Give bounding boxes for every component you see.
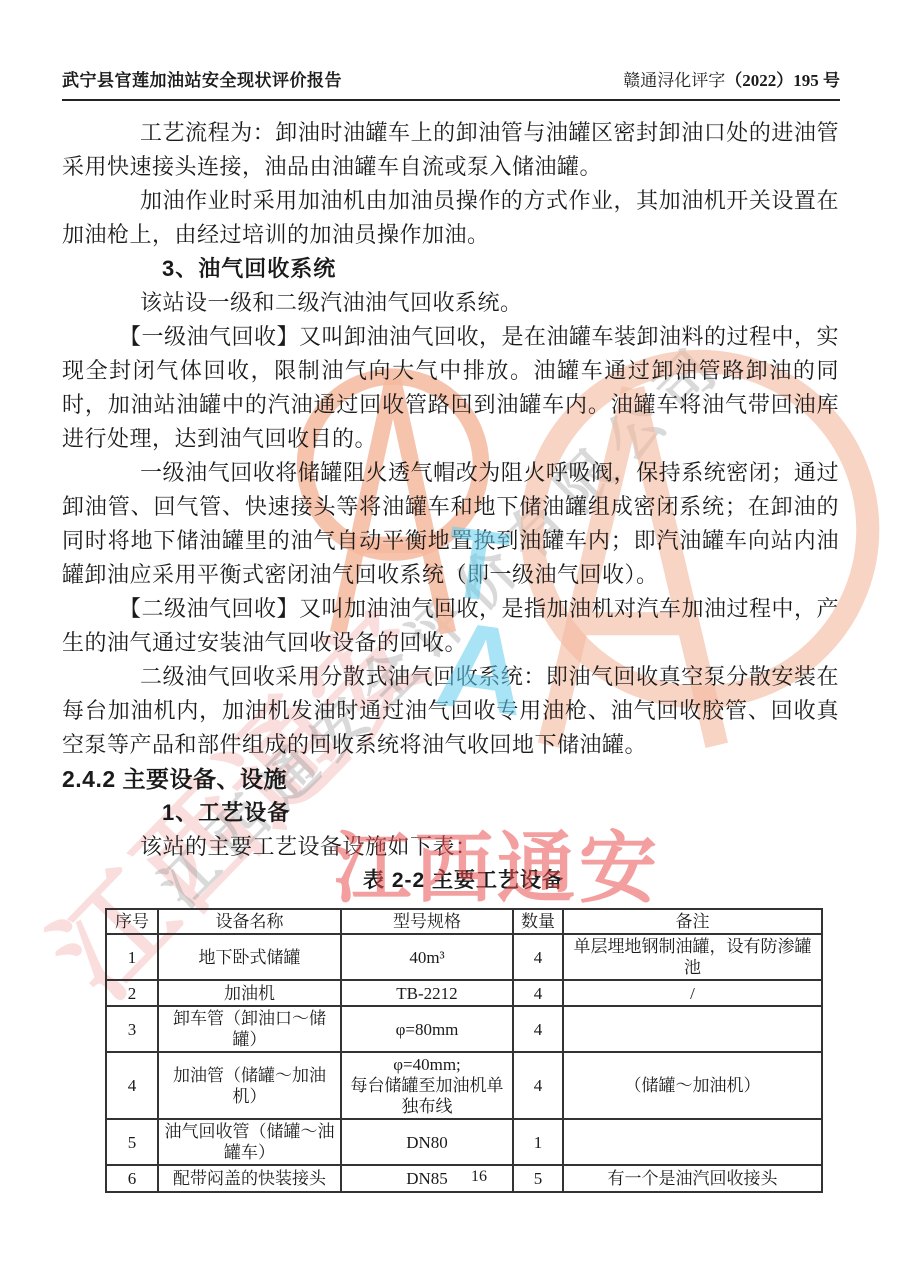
- col-header-index: 序号: [106, 909, 158, 934]
- cell-remarks: 单层埋地钢制油罐，设有防渗罐池: [563, 934, 822, 980]
- cell-remarks: [563, 1119, 822, 1165]
- cell-quantity: 4: [513, 980, 563, 1006]
- cell-equipment-name: 油气回收管（储罐～油罐车）: [158, 1119, 341, 1165]
- document-body: 工艺流程为：卸油时油罐车上的卸油管与油罐区密封卸油口处的进油管采用快速接头连接，…: [62, 116, 839, 898]
- report-title: 武宁县官莲加油站安全现状评价报告: [62, 70, 342, 92]
- cell-equipment-name: 加油机: [158, 980, 341, 1006]
- equipment-table: 序号 设备名称 型号规格 数量 备注 1 地下卧式储罐 40m³ 4 单层埋地钢…: [105, 908, 823, 1193]
- col-header-equipment-name: 设备名称: [158, 909, 341, 934]
- cell-equipment-name: 卸车管（卸油口～储罐）: [158, 1006, 341, 1052]
- subheading-process-equipment: 1、工艺设备: [62, 796, 839, 830]
- doc-ref-prefix: 赣通浔化评字: [623, 71, 725, 90]
- cell-index: 3: [106, 1006, 158, 1052]
- document-page: 江西通安 江西通安全评价有限公司 T A 江西通安 武宁县官莲加油站安全现状评价…: [0, 0, 900, 1272]
- table-header-row: 序号 设备名称 型号规格 数量 备注: [106, 909, 822, 934]
- cell-index: 4: [106, 1052, 158, 1119]
- page-header: 武宁县官莲加油站安全现状评价报告 赣通浔化评字（2022）195 号: [62, 70, 840, 101]
- doc-ref-number: （2022）195 号: [725, 71, 840, 90]
- cell-quantity: 4: [513, 1006, 563, 1052]
- cell-quantity: 4: [513, 1052, 563, 1119]
- page-number: 16: [0, 1168, 900, 1186]
- col-header-remarks: 备注: [563, 909, 822, 934]
- table-row: 3 卸车管（卸油口～储罐） φ=80mm 4: [106, 1006, 822, 1052]
- cell-quantity: 4: [513, 934, 563, 980]
- paragraph-primary-recovery-detail: 一级油气回收将储罐阻火透气帽改为阻火呼吸阀，保持系统密闭；通过卸油管、回气管、快…: [62, 456, 839, 592]
- cell-remarks: （储罐～加油机）: [563, 1052, 822, 1119]
- cell-model-spec: φ=40mm; 每台储罐至加油机单独布线: [341, 1052, 513, 1119]
- table-caption: 表 2-2 主要工艺设备: [62, 864, 839, 898]
- cell-remarks: /: [563, 980, 822, 1006]
- table-row: 5 油气回收管（储罐～油罐车） DN80 1: [106, 1119, 822, 1165]
- cell-model-spec: 40m³: [341, 934, 513, 980]
- cell-index: 5: [106, 1119, 158, 1165]
- col-header-quantity: 数量: [513, 909, 563, 934]
- paragraph-process-flow: 工艺流程为：卸油时油罐车上的卸油管与油罐区密封卸油口处的进油管采用快速接头连接，…: [62, 116, 839, 184]
- cell-remarks: [563, 1006, 822, 1052]
- section-heading-242: 2.4.2 主要设备、设施: [62, 762, 839, 796]
- cell-model-spec: φ=80mm: [341, 1006, 513, 1052]
- col-header-model-spec: 型号规格: [341, 909, 513, 934]
- paragraph-secondary-recovery-definition: 【二级油气回收】又叫加油油气回收，是指加油机对汽车加油过程中，产生的油气通过安装…: [62, 592, 839, 660]
- heading-vapor-recovery-system: 3、油气回收系统: [62, 252, 839, 286]
- cell-quantity: 1: [513, 1119, 563, 1165]
- paragraph-secondary-recovery-detail: 二级油气回收采用分散式油气回收系统：即油气回收真空泵分散安装在每台加油机内，加油…: [62, 660, 839, 762]
- table-row: 4 加油管（储罐～加油机） φ=40mm; 每台储罐至加油机单独布线 4 （储罐…: [106, 1052, 822, 1119]
- cell-equipment-name: 加油管（储罐～加油机）: [158, 1052, 341, 1119]
- cell-index: 2: [106, 980, 158, 1006]
- table-row: 1 地下卧式储罐 40m³ 4 单层埋地钢制油罐，设有防渗罐池: [106, 934, 822, 980]
- document-reference-number: 赣通浔化评字（2022）195 号: [623, 70, 840, 92]
- paragraph-refueling-operation: 加油作业时采用加油机由加油员操作的方式作业，其加油机开关设置在加油枪上，由经过培…: [62, 184, 839, 252]
- cell-model-spec: DN80: [341, 1119, 513, 1165]
- cell-equipment-name: 地下卧式储罐: [158, 934, 341, 980]
- cell-index: 1: [106, 934, 158, 980]
- paragraph-table-intro: 该站的主要工艺设备设施如下表：: [62, 830, 839, 864]
- table-row: 2 加油机 TB-2212 4 /: [106, 980, 822, 1006]
- paragraph-system-overview: 该站设一级和二级汽油油气回收系统。: [62, 286, 839, 320]
- paragraph-primary-recovery-definition: 【一级油气回收】又叫卸油油气回收，是在油罐车装卸油料的过程中，实现全封闭气体回收…: [62, 320, 839, 456]
- cell-model-spec: TB-2212: [341, 980, 513, 1006]
